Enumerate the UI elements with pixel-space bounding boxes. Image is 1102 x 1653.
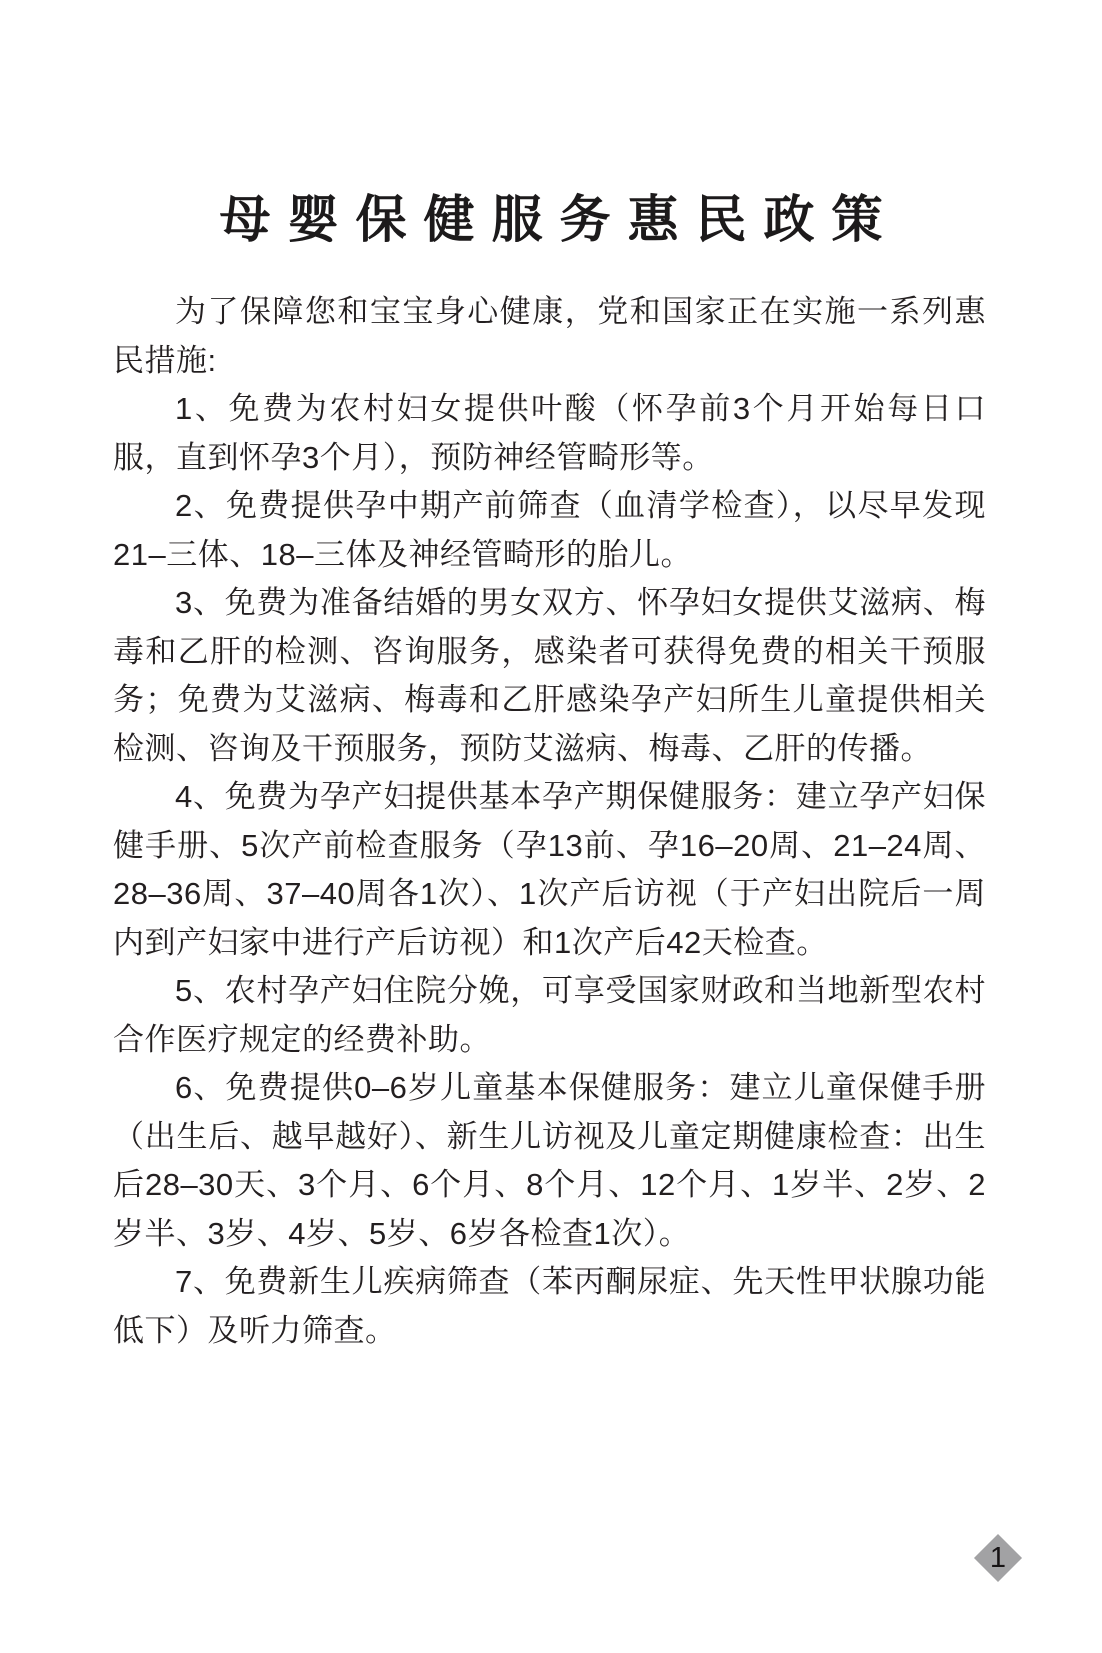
policy-item-1: 1、免费为农村妇女提供叶酸（怀孕前3个月开始每日口服，直到怀孕3个月），预防神经… xyxy=(113,385,986,482)
policy-item-2: 2、免费提供孕中期产前筛查（血清学检查），以尽早发现21–三体、18–三体及神经… xyxy=(113,482,986,579)
policy-item-5: 5、农村孕产妇住院分娩，可享受国家财政和当地新型农村合作医疗规定的经费补助。 xyxy=(113,967,986,1064)
document-body: 为了保障您和宝宝身心健康，党和国家正在实施一系列惠民措施: 1、免费为农村妇女提… xyxy=(113,288,986,1355)
document-page: 母婴保健服务惠民政策 为了保障您和宝宝身心健康，党和国家正在实施一系列惠民措施:… xyxy=(0,0,1102,1653)
page-title: 母婴保健服务惠民政策 xyxy=(0,178,1102,252)
policy-item-4: 4、免费为孕产妇提供基本孕产期保健服务：建立孕产妇保健手册、5次产前检查服务（孕… xyxy=(113,773,986,967)
policy-item-3: 3、免费为准备结婚的男女双方、怀孕妇女提供艾滋病、梅毒和乙肝的检测、咨询服务，感… xyxy=(113,579,986,773)
intro-paragraph: 为了保障您和宝宝身心健康，党和国家正在实施一系列惠民措施: xyxy=(113,288,986,385)
page-number-badge: 1 xyxy=(974,1534,1022,1582)
policy-item-6: 6、免费提供0–6岁儿童基本保健服务：建立儿童保健手册（出生后、越早越好）、新生… xyxy=(113,1064,986,1258)
policy-item-7: 7、免费新生儿疾病筛查（苯丙酮尿症、先天性甲状腺功能低下）及听力筛查。 xyxy=(113,1258,986,1355)
page-number: 1 xyxy=(981,1541,1015,1575)
